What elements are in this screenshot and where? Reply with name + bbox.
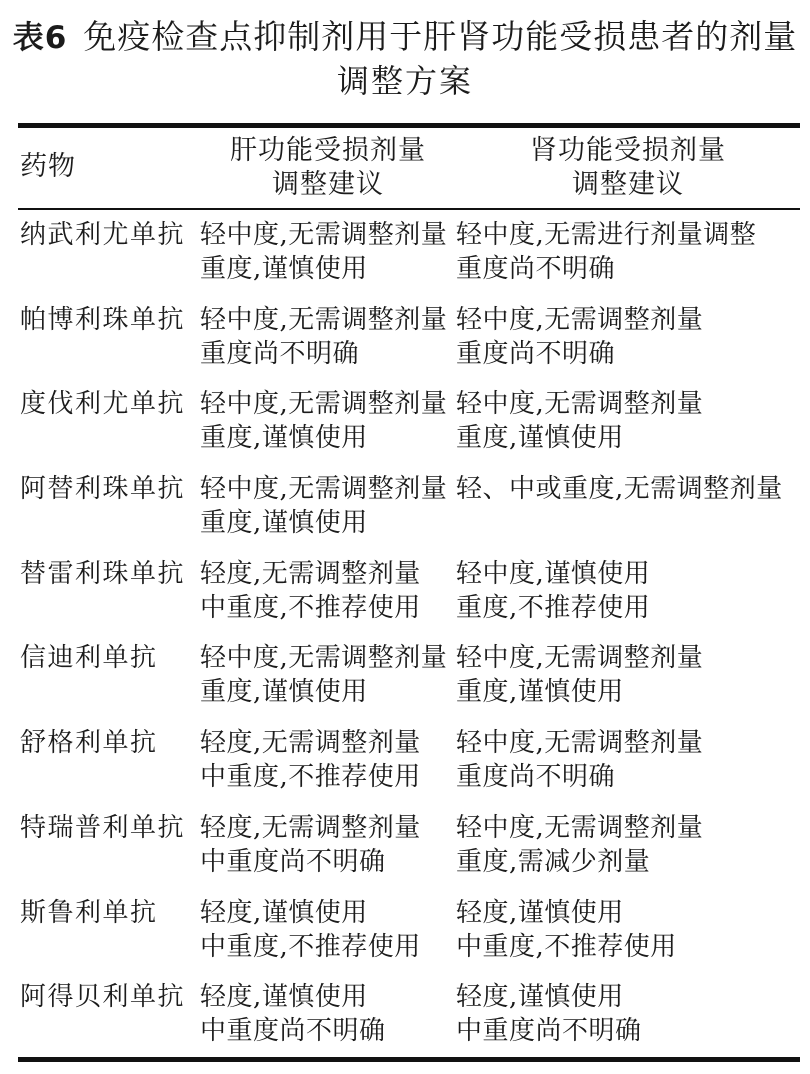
cell-line: 重度尚不明确 (200, 337, 456, 371)
column-header-kidney-line2: 调整建议 (456, 168, 800, 202)
table-caption: 表6免疫检查点抑制剂用于肝肾功能受损患者的剂量 调整方案 (0, 0, 810, 101)
cell-line: 轻中度,无需调整剂量 (456, 387, 800, 421)
column-header-liver-line1: 肝功能受损剂量 (200, 134, 456, 168)
cell-line: 重度,谨慎使用 (200, 252, 456, 286)
cell-line: 轻度,谨慎使用 (200, 896, 456, 930)
kidney-adjustment: 轻中度,无需调整剂量重度,需减少剂量 (456, 811, 800, 888)
cell-line: 重度尚不明确 (456, 252, 800, 286)
cell-line: 轻中度,无需调整剂量 (456, 641, 800, 675)
table-caption-line1: 表6免疫检查点抑制剂用于肝肾功能受损患者的剂量 (0, 16, 810, 59)
table-row: 帕博利珠单抗轻中度,无需调整剂量重度尚不明确轻中度,无需调整剂量重度尚不明确 (18, 295, 800, 380)
column-header-kidney: 肾功能受损剂量 调整建议 (456, 134, 800, 202)
kidney-adjustment: 轻中度,无需调整剂量重度,谨慎使用 (456, 641, 800, 718)
cell-line: 中重度,不推荐使用 (200, 760, 456, 794)
liver-adjustment: 轻度,谨慎使用中重度尚不明确 (200, 980, 456, 1057)
paper-table-page: 表6免疫检查点抑制剂用于肝肾功能受损患者的剂量 调整方案 药物 肝功能受损剂量 … (0, 0, 810, 1074)
cell-line: 轻中度,无需调整剂量 (200, 387, 456, 421)
cell-line: 轻中度,无需调整剂量 (200, 641, 456, 675)
drug-name: 度伐利尤单抗 (18, 387, 200, 464)
table-row: 阿得贝利单抗轻度,谨慎使用中重度尚不明确轻度,谨慎使用中重度尚不明确 (18, 972, 800, 1057)
cell-line: 轻中度,无需进行剂量调整 (456, 218, 800, 252)
drug-name: 纳武利尤单抗 (18, 218, 200, 295)
cell-line: 轻、中或重度,无需调整剂量 (456, 472, 800, 506)
cell-line: 轻中度,无需调整剂量 (200, 472, 456, 506)
table-row: 信迪利单抗轻中度,无需调整剂量重度,谨慎使用轻中度,无需调整剂量重度,谨慎使用 (18, 633, 800, 718)
table-row: 度伐利尤单抗轻中度,无需调整剂量重度,谨慎使用轻中度,无需调整剂量重度,谨慎使用 (18, 379, 800, 464)
drug-name: 斯鲁利单抗 (18, 896, 200, 973)
kidney-adjustment: 轻、中或重度,无需调整剂量 (456, 472, 800, 549)
cell-line: 轻中度,无需调整剂量 (456, 811, 800, 845)
drug-name: 舒格利单抗 (18, 726, 200, 803)
cell-line: 重度,需减少剂量 (456, 845, 800, 879)
cell-line: 重度尚不明确 (456, 760, 800, 794)
table-row: 斯鲁利单抗轻度,谨慎使用中重度,不推荐使用轻度,谨慎使用中重度,不推荐使用 (18, 888, 800, 973)
dose-adjustment-table: 药物 肝功能受损剂量 调整建议 肾功能受损剂量 调整建议 纳武利尤单抗轻中度,无… (18, 123, 800, 1062)
drug-name: 特瑞普利单抗 (18, 811, 200, 888)
cell-line: 重度,谨慎使用 (200, 506, 456, 540)
cell-line: 中重度尚不明确 (456, 1014, 800, 1048)
cell-line: 中重度尚不明确 (200, 845, 456, 879)
column-header-liver-line2: 调整建议 (200, 168, 456, 202)
column-header-liver: 肝功能受损剂量 调整建议 (200, 134, 456, 202)
liver-adjustment: 轻度,无需调整剂量中重度,不推荐使用 (200, 557, 456, 634)
table-row: 替雷利珠单抗轻度,无需调整剂量中重度,不推荐使用轻中度,谨慎使用重度,不推荐使用 (18, 549, 800, 634)
column-header-kidney-line1: 肾功能受损剂量 (456, 134, 800, 168)
cell-line: 中重度尚不明确 (200, 1014, 456, 1048)
drug-name: 阿替利珠单抗 (18, 472, 200, 549)
kidney-adjustment: 轻度,谨慎使用中重度,不推荐使用 (456, 896, 800, 973)
table-row: 阿替利珠单抗轻中度,无需调整剂量重度,谨慎使用轻、中或重度,无需调整剂量 (18, 464, 800, 549)
drug-name: 阿得贝利单抗 (18, 980, 200, 1057)
cell-line: 轻度,谨慎使用 (456, 896, 800, 930)
cell-line: 重度尚不明确 (456, 337, 800, 371)
table-row: 舒格利单抗轻度,无需调整剂量中重度,不推荐使用轻中度,无需调整剂量重度尚不明确 (18, 718, 800, 803)
column-header-drug-label: 药物 (20, 151, 76, 182)
table-header-row: 药物 肝功能受损剂量 调整建议 肾功能受损剂量 调整建议 (18, 128, 800, 210)
cell-line: 重度,不推荐使用 (456, 591, 800, 625)
kidney-adjustment: 轻中度,无需调整剂量重度,谨慎使用 (456, 387, 800, 464)
cell-line: 中重度,不推荐使用 (200, 591, 456, 625)
kidney-adjustment: 轻中度,无需进行剂量调整重度尚不明确 (456, 218, 800, 295)
cell-line: 中重度,不推荐使用 (200, 930, 456, 964)
kidney-adjustment: 轻中度,无需调整剂量重度尚不明确 (456, 303, 800, 380)
table-row: 特瑞普利单抗轻度,无需调整剂量中重度尚不明确轻中度,无需调整剂量重度,需减少剂量 (18, 803, 800, 888)
liver-adjustment: 轻中度,无需调整剂量重度,谨慎使用 (200, 218, 456, 295)
drug-name: 替雷利珠单抗 (18, 557, 200, 634)
liver-adjustment: 轻度,谨慎使用中重度,不推荐使用 (200, 896, 456, 973)
cell-line: 轻中度,无需调整剂量 (456, 303, 800, 337)
cell-line: 轻中度,无需调整剂量 (456, 726, 800, 760)
cell-line: 重度,谨慎使用 (200, 675, 456, 709)
liver-adjustment: 轻中度,无需调整剂量重度尚不明确 (200, 303, 456, 380)
cell-line: 中重度,不推荐使用 (456, 930, 800, 964)
cell-line: 轻度,无需调整剂量 (200, 557, 456, 591)
kidney-adjustment: 轻度,谨慎使用中重度尚不明确 (456, 980, 800, 1057)
drug-name: 信迪利单抗 (18, 641, 200, 718)
kidney-adjustment: 轻中度,无需调整剂量重度尚不明确 (456, 726, 800, 803)
liver-adjustment: 轻度,无需调整剂量中重度,不推荐使用 (200, 726, 456, 803)
cell-line: 轻中度,无需调整剂量 (200, 218, 456, 252)
liver-adjustment: 轻中度,无需调整剂量重度,谨慎使用 (200, 641, 456, 718)
table-row: 纳武利尤单抗轻中度,无需调整剂量重度,谨慎使用轻中度,无需进行剂量调整重度尚不明… (18, 210, 800, 295)
cell-line: 轻度,谨慎使用 (456, 980, 800, 1014)
cell-line: 轻中度,无需调整剂量 (200, 303, 456, 337)
kidney-adjustment: 轻中度,谨慎使用重度,不推荐使用 (456, 557, 800, 634)
cell-line: 轻度,无需调整剂量 (200, 811, 456, 845)
cell-line: 重度,谨慎使用 (456, 675, 800, 709)
drug-name: 帕博利珠单抗 (18, 303, 200, 380)
column-header-drug: 药物 (18, 144, 200, 183)
table-title-text: 免疫检查点抑制剂用于肝肾功能受损患者的剂量 (83, 17, 797, 56)
cell-line: 轻度,无需调整剂量 (200, 726, 456, 760)
cell-line: 轻度,谨慎使用 (200, 980, 456, 1014)
table-title-line2: 调整方案 (0, 61, 810, 101)
table-number-label: 表6 (13, 20, 68, 56)
cell-line: 重度,谨慎使用 (200, 421, 456, 455)
cell-line: 轻中度,谨慎使用 (456, 557, 800, 591)
liver-adjustment: 轻中度,无需调整剂量重度,谨慎使用 (200, 387, 456, 464)
table-body: 纳武利尤单抗轻中度,无需调整剂量重度,谨慎使用轻中度,无需进行剂量调整重度尚不明… (18, 210, 800, 1057)
cell-line: 重度,谨慎使用 (456, 421, 800, 455)
liver-adjustment: 轻度,无需调整剂量中重度尚不明确 (200, 811, 456, 888)
liver-adjustment: 轻中度,无需调整剂量重度,谨慎使用 (200, 472, 456, 549)
